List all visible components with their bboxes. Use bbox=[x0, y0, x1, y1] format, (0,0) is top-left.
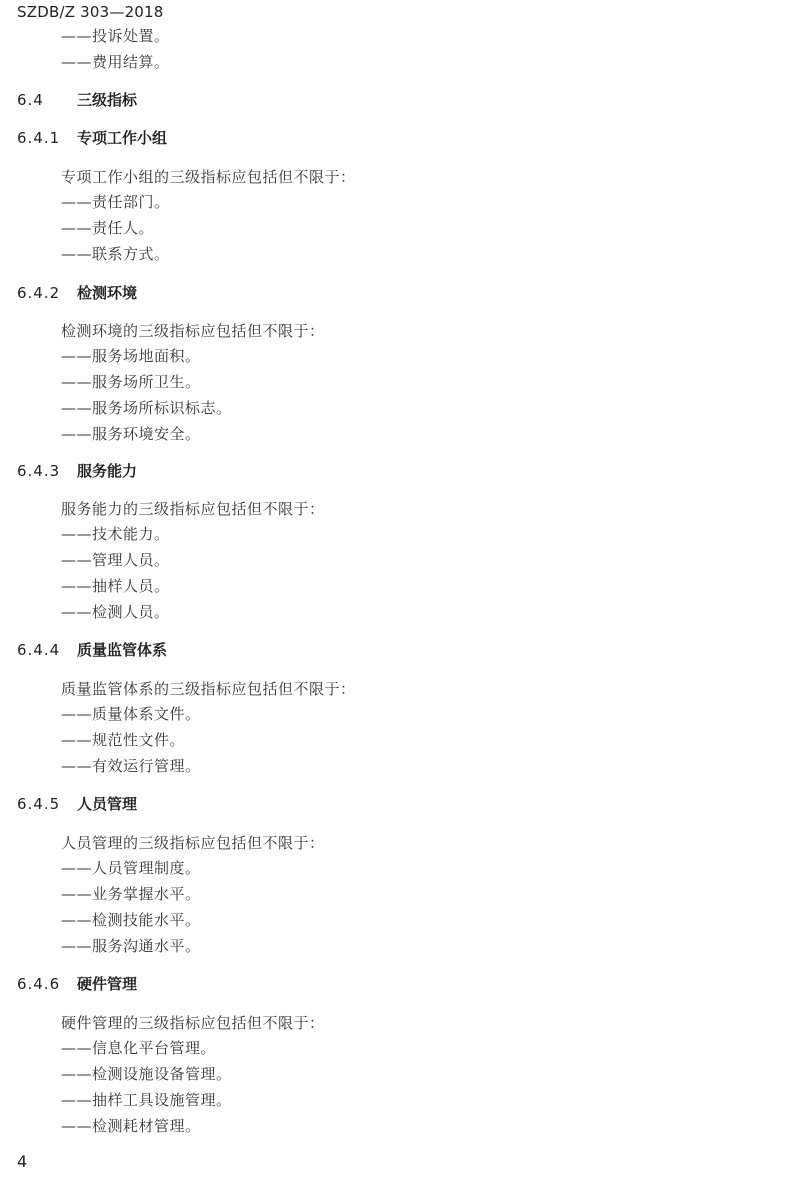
page-number: 4 bbox=[17, 1152, 27, 1172]
list-item: ——服务沟通水平。 bbox=[61, 936, 201, 956]
subsection-title: 检测环境 bbox=[77, 284, 137, 302]
subsection-title: 服务能力 bbox=[77, 462, 137, 480]
subsection-intro: 人员管理的三级指标应包括但不限于： bbox=[61, 833, 325, 853]
list-item: ——信息化平台管理。 bbox=[61, 1038, 216, 1058]
list-item: ——投诉处置。 bbox=[61, 26, 170, 46]
subsection-title: 专项工作小组 bbox=[77, 129, 167, 147]
list-item: ——人员管理制度。 bbox=[61, 858, 201, 878]
section-title: 三级指标 bbox=[77, 91, 137, 109]
list-item: ——责任部门。 bbox=[61, 192, 170, 212]
subsection-title: 质量监管体系 bbox=[77, 641, 167, 659]
subsection-title: 人员管理 bbox=[77, 795, 137, 813]
list-item: ——服务场所标识标志。 bbox=[61, 398, 232, 418]
list-item: ——服务场所卫生。 bbox=[61, 372, 201, 392]
subsection-number: 6.4.5 bbox=[17, 794, 77, 814]
subsection-heading-6-4-6: 6.4.6硬件管理 bbox=[17, 974, 137, 994]
list-item: ——联系方式。 bbox=[61, 244, 170, 264]
subsection-intro: 检测环境的三级指标应包括但不限于： bbox=[61, 321, 325, 341]
subsection-number: 6.4.2 bbox=[17, 283, 77, 303]
section-number: 6.4 bbox=[17, 90, 77, 110]
subsection-title: 硬件管理 bbox=[77, 975, 137, 993]
subsection-intro: 专项工作小组的三级指标应包括但不限于： bbox=[61, 167, 356, 187]
list-item: ——抽样工具设施管理。 bbox=[61, 1090, 232, 1110]
section-heading-6-4: 6.4三级指标 bbox=[17, 90, 137, 110]
subsection-intro: 硬件管理的三级指标应包括但不限于： bbox=[61, 1013, 325, 1033]
subsection-number: 6.4.4 bbox=[17, 640, 77, 660]
subsection-heading-6-4-5: 6.4.5人员管理 bbox=[17, 794, 137, 814]
subsection-number: 6.4.6 bbox=[17, 974, 77, 994]
list-item: ——抽样人员。 bbox=[61, 576, 170, 596]
list-item: ——技术能力。 bbox=[61, 524, 170, 544]
list-item: ——检测技能水平。 bbox=[61, 910, 201, 930]
subsection-heading-6-4-2: 6.4.2检测环境 bbox=[17, 283, 137, 303]
list-item: ——服务场地面积。 bbox=[61, 346, 201, 366]
subsection-intro: 质量监管体系的三级指标应包括但不限于： bbox=[61, 679, 356, 699]
subsection-number: 6.4.1 bbox=[17, 128, 77, 148]
list-item: ——检测耗材管理。 bbox=[61, 1116, 201, 1136]
subsection-heading-6-4-3: 6.4.3服务能力 bbox=[17, 461, 137, 481]
list-item: ——有效运行管理。 bbox=[61, 756, 201, 776]
list-item: ——服务环境安全。 bbox=[61, 424, 201, 444]
list-item: ——管理人员。 bbox=[61, 550, 170, 570]
document-code-header: SZDB/Z 303—2018 bbox=[17, 2, 164, 22]
list-item: ——责任人。 bbox=[61, 218, 154, 238]
list-item: ——业务掌握水平。 bbox=[61, 884, 201, 904]
subsection-heading-6-4-1: 6.4.1专项工作小组 bbox=[17, 128, 167, 148]
subsection-number: 6.4.3 bbox=[17, 461, 77, 481]
list-item: ——检测设施设备管理。 bbox=[61, 1064, 232, 1084]
list-item: ——检测人员。 bbox=[61, 602, 170, 622]
subsection-intro: 服务能力的三级指标应包括但不限于： bbox=[61, 499, 325, 519]
list-item: ——规范性文件。 bbox=[61, 730, 185, 750]
list-item: ——质量体系文件。 bbox=[61, 704, 201, 724]
subsection-heading-6-4-4: 6.4.4质量监管体系 bbox=[17, 640, 167, 660]
list-item: ——费用结算。 bbox=[61, 52, 170, 72]
